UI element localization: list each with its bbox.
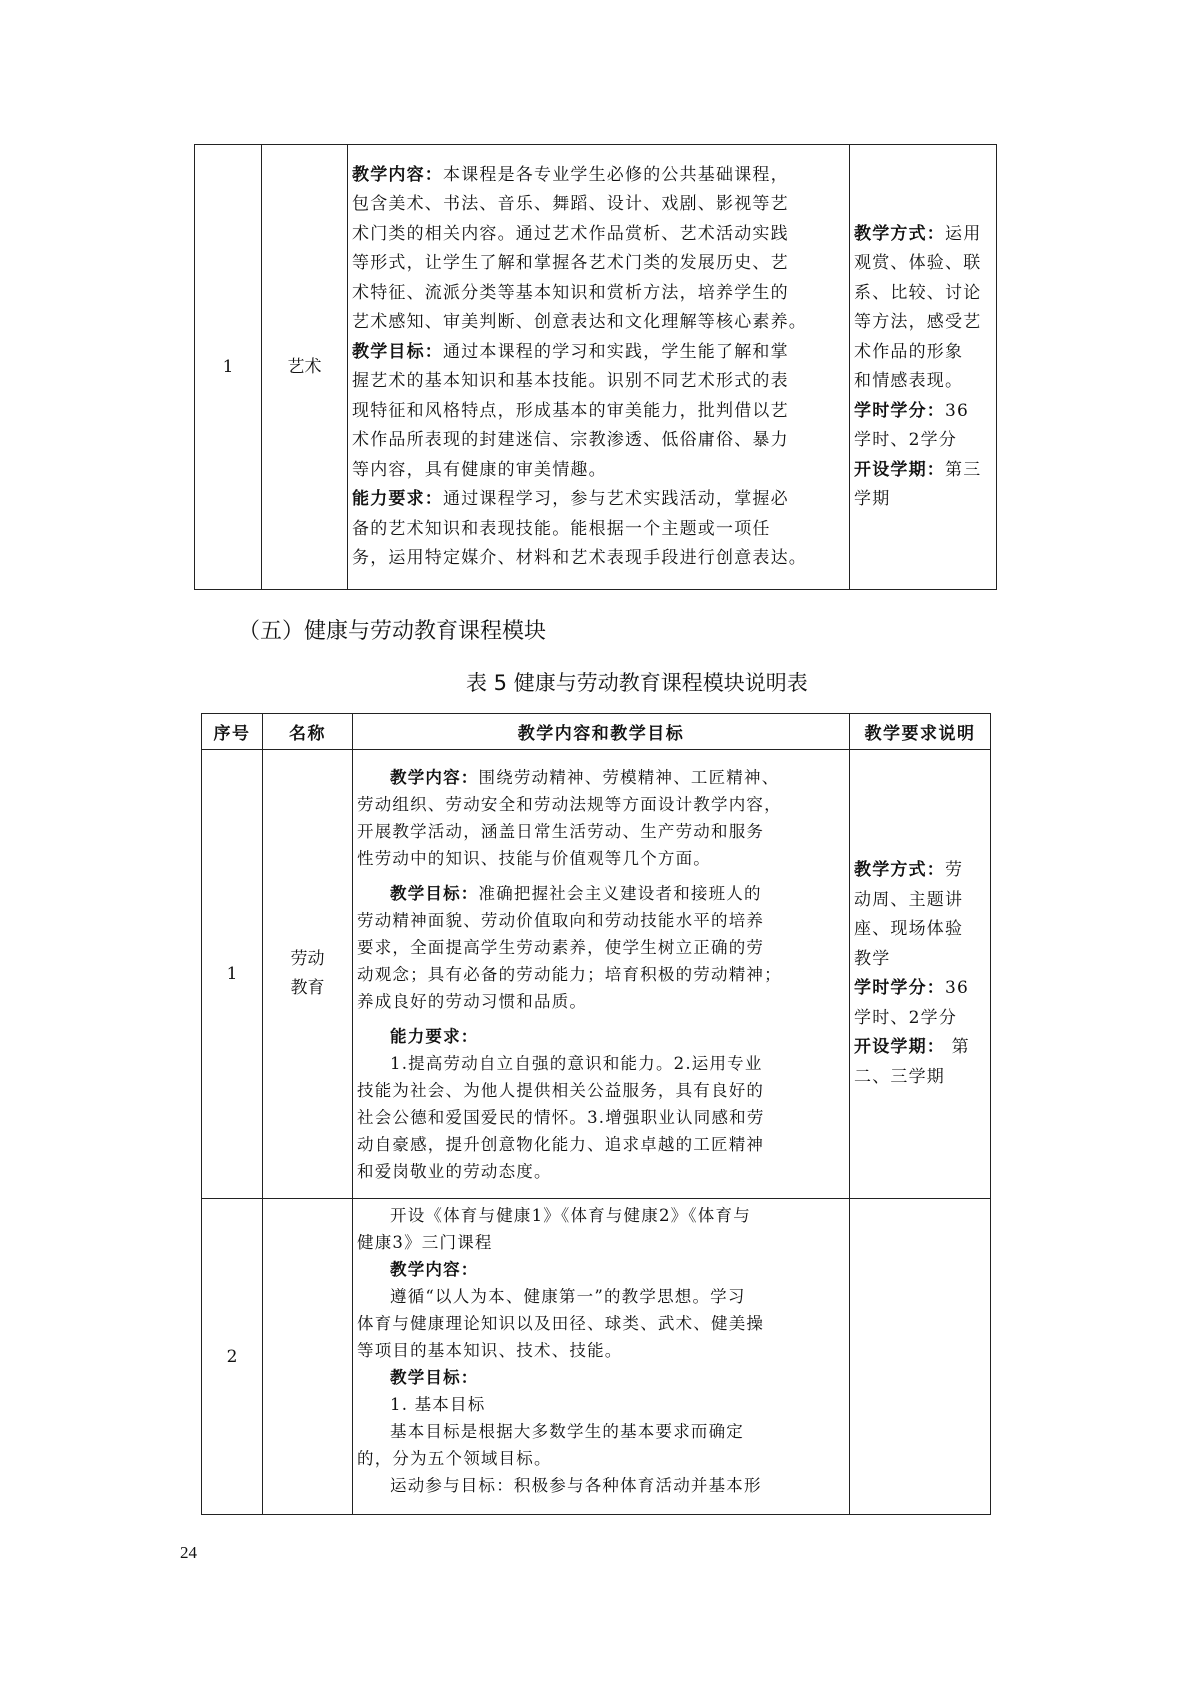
field-label: 教学目标： bbox=[352, 342, 443, 362]
field-text: 社会公德和爱国爱民的情怀。3.增强职业认同感和劳 bbox=[357, 1108, 765, 1127]
field-label: 教学内容： bbox=[390, 1260, 479, 1279]
text-line: 动观念；具有必备的劳动能力；培育积极的劳动精神； bbox=[357, 961, 845, 988]
text-line: 术作品所表现的封建迷信、宗教渗透、低俗庸俗、暴力 bbox=[352, 426, 845, 456]
text-line: 现特征和风格特点，形成基本的审美能力，批判借以艺 bbox=[352, 397, 845, 427]
field-text: 第 bbox=[945, 1037, 970, 1057]
field-text: 劳 bbox=[945, 860, 963, 880]
field-text: 遵循“以人为本、健康第一”的教学思想。学习 bbox=[390, 1287, 746, 1306]
field-text: 1. 基本目标 bbox=[390, 1395, 485, 1414]
text-line: 1.提高劳动自立自强的意识和能力。2.运用专业 bbox=[357, 1050, 845, 1077]
text-line: 教学内容： bbox=[357, 1256, 845, 1283]
course-content-cell: 教学内容：围绕劳动精神、劳模精神、工匠精神、劳动组织、劳动安全和劳动法规等方面设… bbox=[353, 750, 850, 1199]
text-line: 系、比较、讨论 bbox=[854, 279, 992, 309]
text-line: 开展教学活动，涵盖日常生活劳动、生产劳动和服务 bbox=[357, 818, 845, 845]
field-text: 通过课程学习，参与艺术实践活动，掌握必 bbox=[443, 489, 789, 509]
field-text: 备的艺术知识和表现技能。能根据一个主题或一项任 bbox=[352, 519, 771, 539]
field-label: 能力要求： bbox=[352, 489, 443, 509]
text-line: 等项目的基本知识、技术、技能。 bbox=[357, 1337, 845, 1364]
field-label: 教学目标： bbox=[390, 1368, 479, 1387]
text-line: 包含美术、书法、音乐、舞蹈、设计、戏剧、影视等艺 bbox=[352, 190, 845, 220]
course-name: 劳动 教育 bbox=[263, 750, 353, 1199]
text-line: 教学目标：准确把握社会主义建设者和接班人的 bbox=[357, 880, 845, 907]
text-line: 术门类的相关内容。通过艺术作品赏析、艺术活动实践 bbox=[352, 220, 845, 250]
text-line: 术作品的形象 bbox=[854, 338, 992, 368]
field-text: 36 bbox=[945, 978, 969, 998]
content-paragraph: 教学目标：准确把握社会主义建设者和接班人的劳动精神面貌、劳动价值取向和劳动技能水… bbox=[357, 880, 845, 1015]
text-line: 开设学期：第三 bbox=[854, 456, 992, 486]
text-line: 等方法，感受艺 bbox=[854, 308, 992, 338]
header-index: 序号 bbox=[202, 714, 263, 750]
field-label: 能力要求： bbox=[390, 1027, 479, 1046]
text-line: 教学 bbox=[854, 945, 986, 975]
field-text: 学时、2学分 bbox=[854, 430, 957, 450]
field-text: 和爱岗敬业的劳动态度。 bbox=[357, 1162, 552, 1181]
text-line: 握艺术的基本知识和基本技能。识别不同艺术形式的表 bbox=[352, 367, 845, 397]
field-label: 开设学期： bbox=[854, 1037, 945, 1057]
text-line: 能力要求：通过课程学习，参与艺术实践活动，掌握必 bbox=[352, 485, 845, 515]
table-row: 1 劳动 教育 教学内容：围绕劳动精神、劳模精神、工匠精神、劳动组织、劳动安全和… bbox=[202, 750, 991, 1199]
field-text: 学期 bbox=[854, 489, 890, 509]
field-label: 教学内容： bbox=[390, 768, 479, 787]
content-paragraph: 教学内容：围绕劳动精神、劳模精神、工匠精神、劳动组织、劳动安全和劳动法规等方面设… bbox=[357, 764, 845, 872]
text-line: 备的艺术知识和表现技能。能根据一个主题或一项任 bbox=[352, 515, 845, 545]
text-line: 学时、2学分 bbox=[854, 426, 992, 456]
field-text: 36 bbox=[945, 401, 969, 421]
field-text: 开展教学活动，涵盖日常生活劳动、生产劳动和服务 bbox=[357, 822, 764, 841]
course-requirements-cell: 教学方式：劳动周、主题讲座、现场体验教学学时学分：36学时、2学分开设学期： 第… bbox=[850, 750, 991, 1199]
text-line: 等形式，让学生了解和掌握各艺术门类的发展历史、艺 bbox=[352, 249, 845, 279]
field-text: 座、现场体验 bbox=[854, 919, 963, 939]
text-line: 技能为社会、为他人提供相关公益服务，具有良好的 bbox=[357, 1077, 845, 1104]
field-label: 学时学分： bbox=[854, 401, 945, 421]
field-label: 开设学期： bbox=[854, 460, 945, 480]
field-text: 观赏、体验、联 bbox=[854, 253, 981, 273]
field-text: 术门类的相关内容。通过艺术作品赏析、艺术活动实践 bbox=[352, 224, 789, 244]
field-text: 劳动组织、劳动安全和劳动法规等方面设计教学内容， bbox=[357, 795, 782, 814]
text-line: 学期 bbox=[854, 485, 992, 515]
field-text: 劳动精神面貌、劳动价值取向和劳动技能水平的培养 bbox=[357, 911, 764, 930]
text-line: 动自豪感，提升创意物化能力、追求卓越的工匠精神 bbox=[357, 1131, 845, 1158]
text-line: 务，运用特定媒介、材料和艺术表现手段进行创意表达。 bbox=[352, 544, 845, 574]
field-text: 运动参与目标：积极参与各种体育活动并基本形 bbox=[390, 1476, 762, 1495]
text-line: 教学内容：本课程是各专业学生必修的公共基础课程， bbox=[352, 161, 845, 191]
field-text: 基本目标是根据大多数学生的基本要求而确定 bbox=[390, 1422, 744, 1441]
table-health-labor-module: 序号 名称 教学内容和教学目标 教学要求说明 1 劳动 教育 教学内容：围绕劳动… bbox=[201, 713, 991, 1515]
field-text: 性劳动中的知识、技能与价值观等几个方面。 bbox=[357, 849, 711, 868]
content-paragraph: 能力要求：1.提高劳动自立自强的意识和能力。2.运用专业技能为社会、为他人提供相… bbox=[357, 1023, 845, 1185]
text-line: 教学目标： bbox=[357, 1364, 845, 1391]
field-label: 教学方式： bbox=[854, 860, 945, 880]
page-number: 24 bbox=[180, 1543, 197, 1563]
text-line: 和情感表现。 bbox=[854, 367, 992, 397]
field-text: 术作品的形象 bbox=[854, 342, 963, 362]
field-text: 系、比较、讨论 bbox=[854, 283, 981, 303]
field-label: 教学内容： bbox=[352, 165, 443, 185]
field-text: 等方法，感受艺 bbox=[854, 312, 981, 332]
field-label: 教学方式： bbox=[854, 224, 945, 244]
field-text: 第三 bbox=[945, 460, 981, 480]
text-line: 要求，全面提高学生劳动素养，使学生树立正确的劳 bbox=[357, 934, 845, 961]
field-text: 动自豪感，提升创意物化能力、追求卓越的工匠精神 bbox=[357, 1135, 764, 1154]
field-text: 准确把握社会主义建设者和接班人的 bbox=[479, 884, 762, 903]
text-line: 和爱岗敬业的劳动态度。 bbox=[357, 1158, 845, 1185]
text-line: 艺术感知、审美判断、创意表达和文化理解等核心素养。 bbox=[352, 308, 845, 338]
field-text: 通过本课程的学习和实践，学生能了解和掌 bbox=[443, 342, 789, 362]
text-line: 体育与健康理论知识以及田径、球类、武术、健美操 bbox=[357, 1310, 845, 1337]
course-requirements-cell: 教学方式：运用观赏、体验、联系、比较、讨论等方法，感受艺术作品的形象和情感表现。… bbox=[850, 145, 997, 590]
text-line: 劳动组织、劳动安全和劳动法规等方面设计教学内容， bbox=[357, 791, 845, 818]
field-text: 要求，全面提高学生劳动素养，使学生树立正确的劳 bbox=[357, 938, 764, 957]
field-text: 1.提高劳动自立自强的意识和能力。2.运用专业 bbox=[390, 1054, 763, 1073]
table-caption: 表 5 健康与劳动教育课程模块说明表 bbox=[466, 667, 808, 697]
field-text: 现特征和风格特点，形成基本的审美能力，批判借以艺 bbox=[352, 401, 789, 421]
section-heading: （五）健康与劳动教育课程模块 bbox=[238, 614, 546, 645]
text-line: 二、三学期 bbox=[854, 1063, 986, 1093]
field-text: 养成良好的劳动习惯和品质。 bbox=[357, 992, 587, 1011]
field-text: 技能为社会、为他人提供相关公益服务，具有良好的 bbox=[357, 1081, 764, 1100]
text-line: 开设《体育与健康1》《体育与健康2》《体育与 bbox=[357, 1202, 845, 1229]
text-line: 教学内容：围绕劳动精神、劳模精神、工匠精神、 bbox=[357, 764, 845, 791]
field-text: 艺术感知、审美判断、创意表达和文化理解等核心素养。 bbox=[352, 312, 807, 332]
field-text: 教学 bbox=[854, 949, 890, 969]
field-text: 动周、主题讲 bbox=[854, 890, 963, 910]
course-name-line: 教育 bbox=[263, 974, 352, 1003]
text-line: 能力要求： bbox=[357, 1023, 845, 1050]
field-label: 学时学分： bbox=[854, 978, 945, 998]
text-line: 座、现场体验 bbox=[854, 915, 986, 945]
text-line: 学时学分：36 bbox=[854, 974, 986, 1004]
text-line: 学时、2学分 bbox=[854, 1004, 986, 1034]
field-text: 包含美术、书法、音乐、舞蹈、设计、戏剧、影视等艺 bbox=[352, 194, 789, 214]
field-text: 握艺术的基本知识和基本技能。识别不同艺术形式的表 bbox=[352, 371, 789, 391]
text-line: 社会公德和爱国爱民的情怀。3.增强职业认同感和劳 bbox=[357, 1104, 845, 1131]
header-requirements: 教学要求说明 bbox=[850, 714, 991, 750]
text-line: 教学目标：通过本课程的学习和实践，学生能了解和掌 bbox=[352, 338, 845, 368]
text-line: 动周、主题讲 bbox=[854, 886, 986, 916]
course-name: 艺术 bbox=[262, 145, 348, 590]
text-line: 1. 基本目标 bbox=[357, 1391, 845, 1418]
text-line: 教学方式：运用 bbox=[854, 220, 992, 250]
course-content-cell: 开设《体育与健康1》《体育与健康2》《体育与健康3》三门课程教学内容：遵循“以人… bbox=[353, 1199, 850, 1515]
field-text: 术作品所表现的封建迷信、宗教渗透、低俗庸俗、暴力 bbox=[352, 430, 789, 450]
table-art-course-continued: 1 艺术 教学内容：本课程是各专业学生必修的公共基础课程，包含美术、书法、音乐、… bbox=[194, 144, 997, 590]
field-text: 和情感表现。 bbox=[854, 371, 963, 391]
text-line: 观赏、体验、联 bbox=[854, 249, 992, 279]
field-text: 本课程是各专业学生必修的公共基础课程， bbox=[443, 165, 789, 185]
text-line: 养成良好的劳动习惯和品质。 bbox=[357, 988, 845, 1015]
field-text: 务，运用特定媒介、材料和艺术表现手段进行创意表达。 bbox=[352, 548, 807, 568]
field-text: 开设《体育与健康1》《体育与健康2》《体育与 bbox=[390, 1206, 751, 1225]
text-line: 性劳动中的知识、技能与价值观等几个方面。 bbox=[357, 845, 845, 872]
header-name: 名称 bbox=[263, 714, 353, 750]
text-line: 教学方式：劳 bbox=[854, 856, 986, 886]
field-text: 的，分为五个领域目标。 bbox=[357, 1449, 552, 1468]
text-line: 基本目标是根据大多数学生的基本要求而确定 bbox=[357, 1418, 845, 1445]
row-index: 1 bbox=[195, 145, 262, 590]
text-line: 开设学期： 第 bbox=[854, 1033, 986, 1063]
header-content: 教学内容和教学目标 bbox=[353, 714, 850, 750]
field-text: 二、三学期 bbox=[854, 1067, 945, 1087]
course-content-cell: 教学内容：本课程是各专业学生必修的公共基础课程，包含美术、书法、音乐、舞蹈、设计… bbox=[348, 145, 850, 590]
field-text: 学时、2学分 bbox=[854, 1008, 957, 1028]
text-line: 学时学分：36 bbox=[854, 397, 992, 427]
field-text: 等形式，让学生了解和掌握各艺术门类的发展历史、艺 bbox=[352, 253, 789, 273]
row-index: 1 bbox=[202, 750, 263, 1199]
text-line: 运动参与目标：积极参与各种体育活动并基本形 bbox=[357, 1472, 845, 1499]
field-text: 等内容，具有健康的审美情趣。 bbox=[352, 460, 607, 480]
table-header-row: 序号 名称 教学内容和教学目标 教学要求说明 bbox=[202, 714, 991, 750]
field-text: 体育与健康理论知识以及田径、球类、武术、健美操 bbox=[357, 1314, 764, 1333]
course-name-line: 劳动 bbox=[263, 945, 352, 974]
table-row: 2 开设《体育与健康1》《体育与健康2》《体育与健康3》三门课程教学内容：遵循“… bbox=[202, 1199, 991, 1515]
text-line: 的，分为五个领域目标。 bbox=[357, 1445, 845, 1472]
text-line: 等内容，具有健康的审美情趣。 bbox=[352, 456, 845, 486]
text-line: 术特征、流派分类等基本知识和赏析方法，培养学生的 bbox=[352, 279, 845, 309]
field-text: 术特征、流派分类等基本知识和赏析方法，培养学生的 bbox=[352, 283, 789, 303]
field-text: 等项目的基本知识、技术、技能。 bbox=[357, 1341, 623, 1360]
field-text: 动观念；具有必备的劳动能力；培育积极的劳动精神； bbox=[357, 965, 782, 984]
table-row: 1 艺术 教学内容：本课程是各专业学生必修的公共基础课程，包含美术、书法、音乐、… bbox=[195, 145, 997, 590]
text-line: 健康3》三门课程 bbox=[357, 1229, 845, 1256]
field-text: 运用 bbox=[945, 224, 981, 244]
field-text: 围绕劳动精神、劳模精神、工匠精神、 bbox=[479, 768, 780, 787]
course-name bbox=[263, 1199, 353, 1515]
field-text: 健康3》三门课程 bbox=[357, 1233, 493, 1252]
course-requirements-cell bbox=[850, 1199, 991, 1515]
field-label: 教学目标： bbox=[390, 884, 479, 903]
text-line: 劳动精神面貌、劳动价值取向和劳动技能水平的培养 bbox=[357, 907, 845, 934]
row-index: 2 bbox=[202, 1199, 263, 1515]
text-line: 遵循“以人为本、健康第一”的教学思想。学习 bbox=[357, 1283, 845, 1310]
